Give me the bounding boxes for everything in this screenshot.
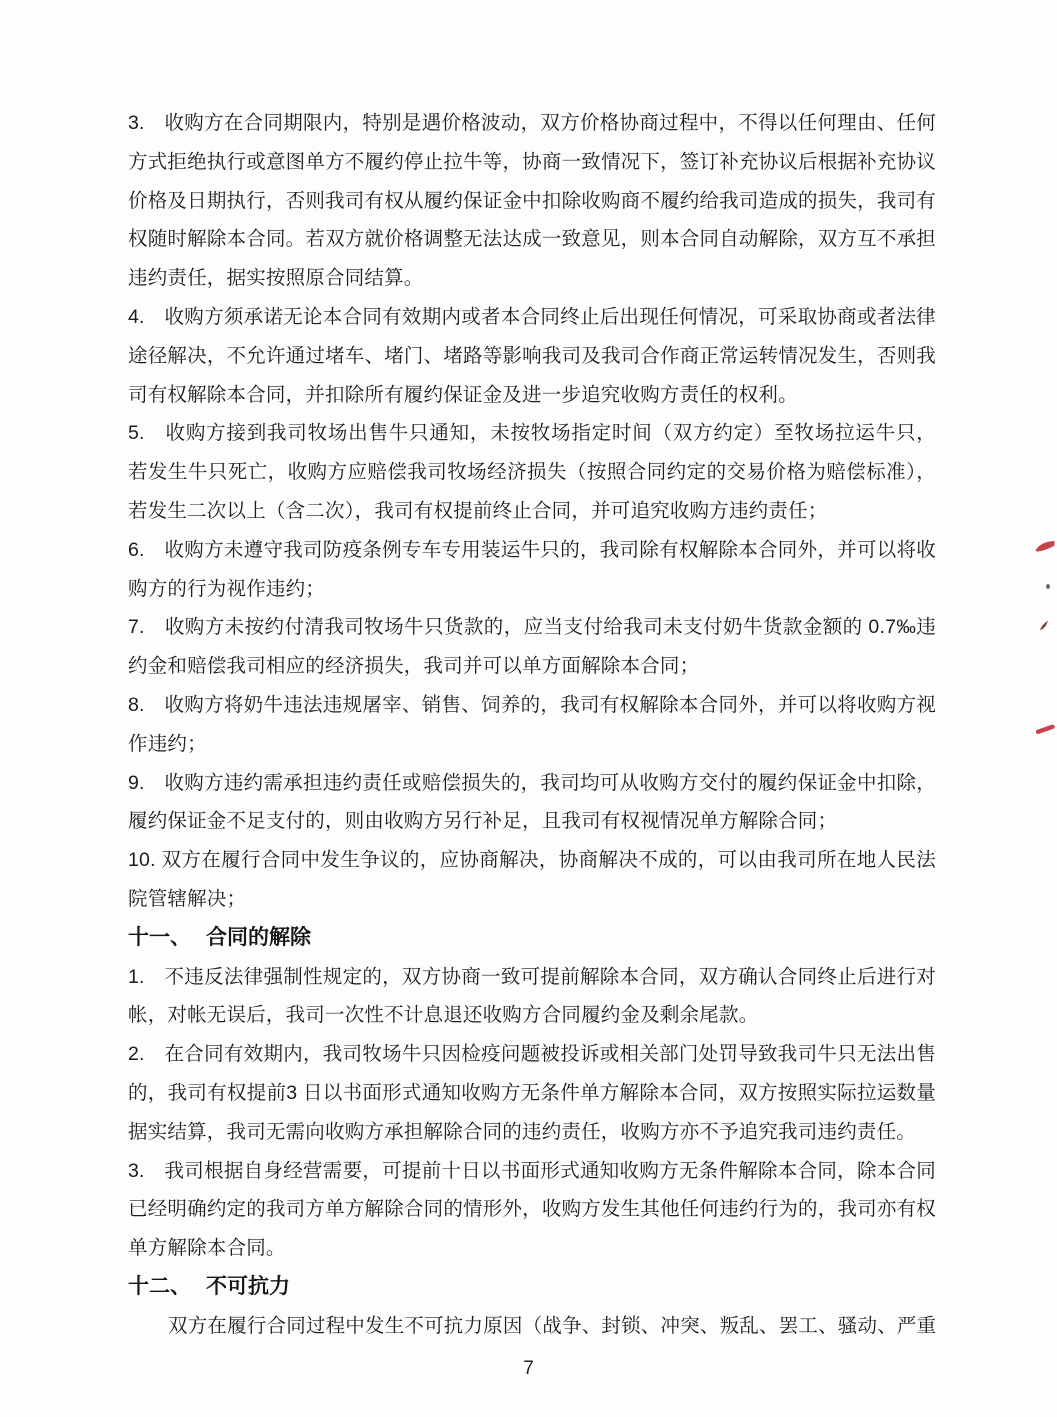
- text-line: 3. 收购方在合同期限内，特别是遇价格波动，双方价格协商过程中，不得以任何理由、…: [128, 104, 936, 143]
- document-page: 3. 收购方在合同期限内，特别是遇价格波动，双方价格协商过程中，不得以任何理由、…: [0, 0, 1057, 1417]
- section-number: 十二、: [128, 1268, 206, 1307]
- clause-7: 7. 收购方未按约付清我司牧场牛只货款的，应当支付给我司未支付奶牛货款金额的 0…: [128, 608, 936, 686]
- section-12-heading: 十二、不可抗力: [128, 1268, 936, 1307]
- section-number: 十一、: [128, 919, 206, 958]
- clause-9: 9. 收购方违约需承担违约责任或赔偿损失的，我司均可从收购方交付的履约保证金中扣…: [128, 764, 936, 842]
- text-line: 5. 收购方接到我司牧场出售牛只通知，未按牧场指定时间（双方约定）至牧场拉运牛只…: [128, 414, 936, 453]
- text-line: 权随时解除本合同。若双方就价格调整无法达成一致意见，则本合同自动解除，双方互不承…: [128, 220, 936, 259]
- text-line: 约金和赔偿我司相应的经济损失，我司并可以单方面解除本合同；: [128, 647, 936, 686]
- text-line: 途径解决，不允许通过堵车、堵门、堵路等影响我司及我司合作商正常运转情况发生，否则…: [128, 337, 936, 376]
- text-line: 作违约；: [128, 725, 936, 764]
- section-11-heading: 十一、合同的解除: [128, 919, 936, 958]
- section-title: 不可抗力: [206, 1275, 290, 1298]
- force-majeure-paragraph: 双方在履行合同过程中发生不可抗力原因（战争、封锁、冲突、叛乱、罢工、骚动、严重: [128, 1307, 936, 1346]
- text-line: 履约保证金不足支付的，则由收购方另行补足，且我司有权视情况单方解除合同；: [128, 802, 936, 841]
- text-line: 9. 收购方违约需承担违约责任或赔偿损失的，我司均可从收购方交付的履约保证金中扣…: [128, 764, 936, 803]
- text-line: 4. 收购方须承诺无论本合同有效期内或者本合同终止后出现任何情况，可采取协商或者…: [128, 298, 936, 337]
- text-line: 方式拒绝执行或意图单方不履约停止拉牛等，协商一致情况下，签订补充协议后根据补充协…: [128, 143, 936, 182]
- clause-11-2: 2. 在合同有效期内，我司牧场牛只因检疫问题被投诉或相关部门处罚导致我司牛只无法…: [128, 1035, 936, 1151]
- text-line: 3. 我司根据自身经营需要，可提前十日以书面形式通知收购方无条件解除本合同，除本…: [128, 1152, 936, 1191]
- text-line: 违约责任，据实按照原合同结算。: [128, 259, 936, 298]
- clause-11-3: 3. 我司根据自身经营需要，可提前十日以书面形式通知收购方无条件解除本合同，除本…: [128, 1152, 936, 1268]
- ink-dot-icon: [1046, 584, 1050, 589]
- text-line: 帐，对帐无误后，我司一次性不计息退还收购方合同履约金及剩余尾款。: [128, 996, 936, 1035]
- red-ink-dash-icon: [1036, 724, 1055, 735]
- text-line: 6. 收购方未遵守我司防疫条例专车专用装运牛只的，我司除有权解除本合同外，并可以…: [128, 531, 936, 570]
- red-ink-stroke-icon: [1035, 540, 1055, 556]
- text-line: 若发生牛只死亡，收购方应赔偿我司牧场经济损失（按照合同约定的交易价格为赔偿标准）…: [128, 453, 936, 492]
- text-line: 10. 双方在履行合同中发生争议的，应协商解决，协商解决不成的，可以由我司所在地…: [128, 841, 936, 880]
- section-title: 合同的解除: [206, 926, 311, 949]
- text-line: 已经明确约定的我司方单方解除合同的情形外，收购方发生其他任何违约行为的，我司亦有…: [128, 1190, 936, 1229]
- clause-6: 6. 收购方未遵守我司防疫条例专车专用装运牛只的，我司除有权解除本合同外，并可以…: [128, 531, 936, 609]
- clause-8: 8. 收购方将奶牛违法违规屠宰、销售、饲养的，我司有权解除本合同外，并可以将收购…: [128, 686, 936, 764]
- clause-11-1: 1. 不违反法律强制性规定的，双方协商一致可提前解除本合同，双方确认合同终止后进…: [128, 958, 936, 1036]
- text-line: 单方解除本合同。: [128, 1229, 936, 1268]
- text-line: 司有权解除本合同，并扣除所有履约保证金及进一步追究收购方责任的权利。: [128, 376, 936, 415]
- contract-body: 3. 收购方在合同期限内，特别是遇价格波动，双方价格协商过程中，不得以任何理由、…: [128, 104, 936, 1346]
- text-line: 8. 收购方将奶牛违法违规屠宰、销售、饲养的，我司有权解除本合同外，并可以将收购…: [128, 686, 936, 725]
- text-line: 7. 收购方未按约付清我司牧场牛只货款的，应当支付给我司未支付奶牛货款金额的 0…: [128, 608, 936, 647]
- text-line: 的，我司有权提前3 日以书面形式通知收购方无条件单方解除本合同，双方按照实际拉运…: [128, 1074, 936, 1113]
- text-line: 据实结算，我司无需向收购方承担解除合同的违约责任，收购方亦不予追究我司违约责任。: [128, 1113, 936, 1152]
- clause-3: 3. 收购方在合同期限内，特别是遇价格波动，双方价格协商过程中，不得以任何理由、…: [128, 104, 936, 298]
- text-line: 价格及日期执行，否则我司有权从履约保证金中扣除收购商不履约给我司造成的损失，我司…: [128, 182, 936, 221]
- clause-5: 5. 收购方接到我司牧场出售牛只通知，未按牧场指定时间（双方约定）至牧场拉运牛只…: [128, 414, 936, 530]
- text-line: 1. 不违反法律强制性规定的，双方协商一致可提前解除本合同，双方确认合同终止后进…: [128, 958, 936, 997]
- text-line: 双方在履行合同过程中发生不可抗力原因（战争、封锁、冲突、叛乱、罢工、骚动、严重: [128, 1307, 936, 1346]
- text-line: 购方的行为视作违约；: [128, 570, 936, 609]
- text-line: 2. 在合同有效期内，我司牧场牛只因检疫问题被投诉或相关部门处罚导致我司牛只无法…: [128, 1035, 936, 1074]
- clause-10: 10. 双方在履行合同中发生争议的，应协商解决，协商解决不成的，可以由我司所在地…: [128, 841, 936, 919]
- page-number: 7: [0, 1358, 1057, 1380]
- text-line: 院管辖解决；: [128, 880, 936, 919]
- red-ink-tick-icon: [1039, 620, 1050, 632]
- clause-4: 4. 收购方须承诺无论本合同有效期内或者本合同终止后出现任何情况，可采取协商或者…: [128, 298, 936, 414]
- text-line: 若发生二次以上（含二次），我司有权提前终止合同，并可追究收购方违约责任；: [128, 492, 936, 531]
